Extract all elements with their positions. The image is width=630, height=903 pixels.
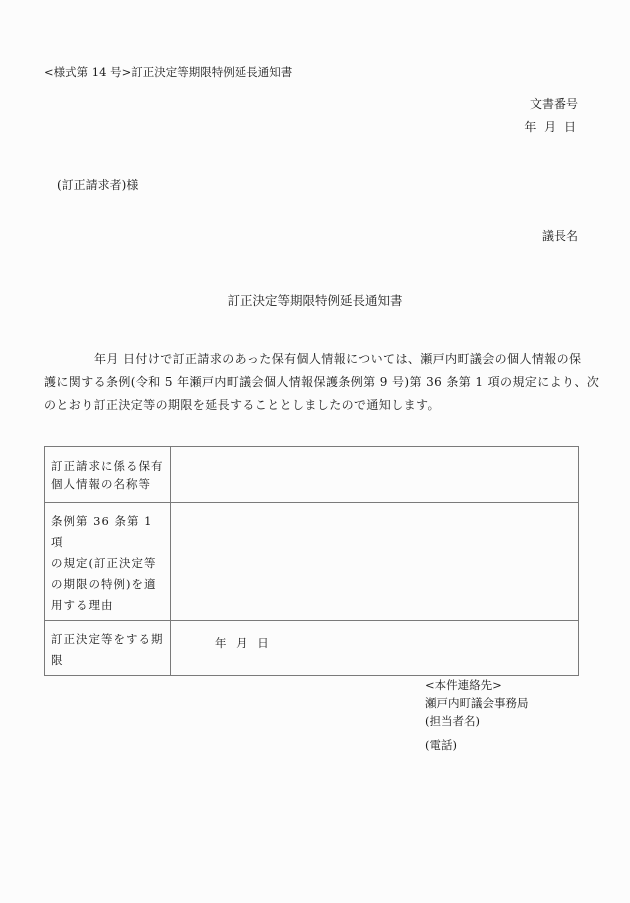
- extension-details-table: 訂正請求に係る保有 個人情報の名称等 条例第 36 条第 1 項 の規定(訂正決…: [44, 446, 579, 676]
- table-row: 条例第 36 条第 1 項 の規定(訂正決定等 の期限の特例)を適 用する理由: [45, 503, 579, 621]
- label-line: の期限の特例)を適: [51, 574, 165, 595]
- row-label-info-name: 訂正請求に係る保有 個人情報の名称等: [45, 447, 171, 503]
- body-line: 年月 日付けで訂正請求のあった保有個人情報については、瀬戸内町議会の個人情報の保: [44, 348, 580, 371]
- label-line: 訂正決定等をする期: [51, 629, 165, 650]
- table-row: 訂正決定等をする期 限 年 月 日: [45, 621, 579, 676]
- document-title: 訂正決定等期限特例延長通知書: [0, 291, 630, 309]
- form-number-label: <様式第 14 号>訂正決定等期限特例延長通知書: [44, 64, 292, 80]
- contact-person: (担当者名): [425, 712, 529, 730]
- sender-name: 議長名: [542, 227, 578, 244]
- body-paragraph: 年月 日付けで訂正請求のあった保有個人情報については、瀬戸内町議会の個人情報の保…: [44, 348, 580, 417]
- label-line: 用する理由: [51, 595, 165, 616]
- row-value-reason[interactable]: [171, 503, 579, 621]
- deadline-date: 年 月 日: [215, 636, 272, 650]
- body-line: のとおり訂正決定等の期限を延長することとしましたので通知します。: [44, 394, 580, 417]
- row-value-deadline[interactable]: 年 月 日: [171, 621, 579, 676]
- label-line: の規定(訂正決定等: [51, 553, 165, 574]
- row-label-deadline: 訂正決定等をする期 限: [45, 621, 171, 676]
- label-line: 条例第 36 条第 1 項: [51, 511, 165, 553]
- table-row: 訂正請求に係る保有 個人情報の名称等: [45, 447, 579, 503]
- label-line: 限: [51, 650, 165, 671]
- label-line: 訂正請求に係る保有: [51, 457, 165, 475]
- contact-block: <本件連絡先> 瀬戸内町議会事務局 (担当者名) (電話): [425, 676, 529, 754]
- row-value-info-name[interactable]: [171, 447, 579, 503]
- row-label-reason: 条例第 36 条第 1 項 の規定(訂正決定等 の期限の特例)を適 用する理由: [45, 503, 171, 621]
- body-line: 護に関する条例(令和 5 年瀬戸内町議会個人情報保護条例第 9 号)第 36 条…: [44, 371, 580, 394]
- recipient-name: (訂正請求者)様: [57, 176, 138, 193]
- issue-date: 年 月 日: [524, 118, 578, 135]
- document-number: 文書番号: [530, 95, 578, 112]
- contact-office: 瀬戸内町議会事務局: [425, 694, 529, 712]
- contact-heading: <本件連絡先>: [425, 676, 529, 694]
- contact-phone: (電話): [425, 736, 529, 754]
- label-line: 個人情報の名称等: [51, 475, 165, 493]
